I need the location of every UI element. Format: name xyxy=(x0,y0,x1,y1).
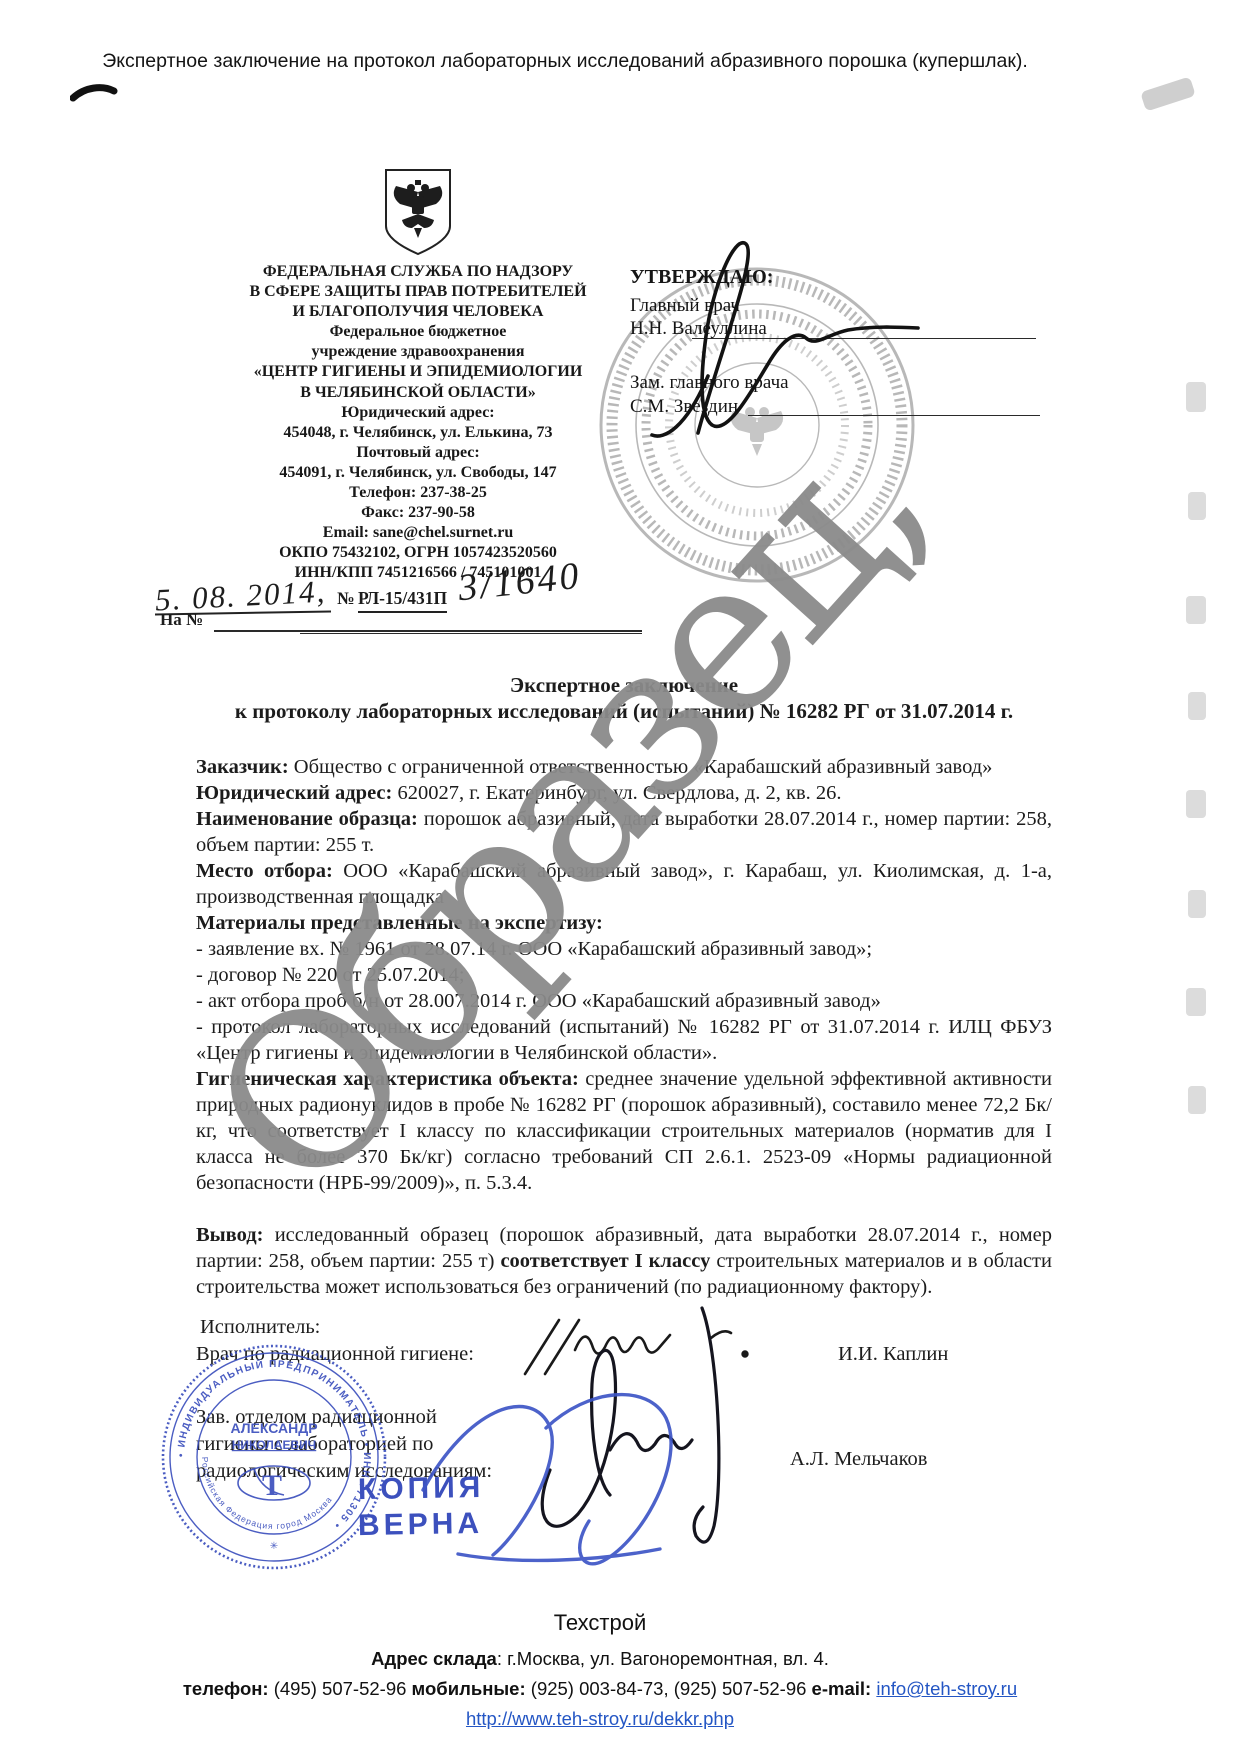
letterhead-line: Почтовый адрес: xyxy=(237,443,599,463)
footer-address-line: Адрес склада: г.Москва, ул. Вагоноремонт… xyxy=(150,1644,1050,1674)
title-line-2: к протоколу лабораторных исследований (и… xyxy=(196,698,1052,724)
paragraph-hygienic-characteristic: Гигиеническая характеристика объекта: ср… xyxy=(196,1066,1052,1196)
letterhead-line: «ЦЕНТР ГИГИЕНЫ И ЭПИДЕМИОЛОГИИ xyxy=(237,362,599,382)
footer-url-link[interactable]: http://www.teh-stroy.ru/dekkr.php xyxy=(466,1708,734,1729)
scan-smudge xyxy=(1188,692,1206,720)
number-sign: № xyxy=(337,588,355,609)
scan-smudge xyxy=(1186,988,1206,1016)
scan-smudge xyxy=(1186,790,1206,818)
blue-stamp-star: ✳ xyxy=(270,1541,278,1552)
letterhead-line: 454048, г. Челябинск, ул. Елькина, 73 xyxy=(237,423,599,443)
footer-mobile-value: (925) 003-84-73, (925) 507-52-96 xyxy=(526,1678,812,1699)
executor-label: Исполнитель: xyxy=(200,1316,320,1339)
coat-of-arms-eagle-icon xyxy=(378,166,458,258)
letterhead-line: 454091, г. Челябинск, ул. Свободы, 147 xyxy=(237,463,599,483)
footer-email-link[interactable]: info@teh-stroy.ru xyxy=(876,1678,1017,1699)
title-line-1: Экспертное заключение xyxy=(196,672,1052,698)
footer-phone-label: телефон: xyxy=(183,1678,269,1699)
na-no-underline-2 xyxy=(300,633,642,634)
signature-copy-blue xyxy=(398,1368,728,1568)
page-title: Экспертное заключение на протокол лабора… xyxy=(70,50,1060,73)
signature-valeullina xyxy=(580,228,960,446)
footer-company-name: Техстрой xyxy=(150,1608,1050,1638)
paragraph-material-item: - заявление вх. № 1961 от 28.07.14 г. ОО… xyxy=(196,936,1052,962)
paragraph-material-item: - протокол лабораторных исследований (ис… xyxy=(196,1014,1052,1066)
scan-smudge xyxy=(1140,76,1196,111)
na-no-label: На № xyxy=(160,610,203,630)
scan-smudge xyxy=(1188,890,1206,918)
letterhead-line: Факс: 237-90-58 xyxy=(237,503,599,523)
document-title: Экспертное заключение к протоколу лабора… xyxy=(196,672,1052,724)
footer-mobile-label: мобильные: xyxy=(412,1678,526,1699)
letterhead-line: Email: sane@chel.surnet.ru xyxy=(237,523,599,543)
letterhead-line: ФЕДЕРАЛЬНАЯ СЛУЖБА ПО НАДЗОРУ xyxy=(237,262,599,282)
paragraph-legal-address: Юридический адрес: 620027, г. Екатеринбу… xyxy=(196,780,1052,806)
handwritten-dash-mark xyxy=(70,82,118,104)
scan-smudge xyxy=(1186,382,1206,412)
round-stamp-blue-entrepreneur: • ИНДИВИДУАЛЬНЫЙ ПРЕДПРИНИМАТЕЛЬ • ИНН 7… xyxy=(158,1341,390,1573)
letterhead-line: Юридический адрес: xyxy=(237,403,599,423)
blue-stamp-name-line-2: НИКОЛАЕВИЧ xyxy=(232,1438,316,1452)
footer-url-line: http://www.teh-stroy.ru/dekkr.php xyxy=(150,1704,1050,1734)
document-body: Экспертное заключение к протоколу лабора… xyxy=(196,672,1052,1300)
paragraph-sample-name: Наименование образца: порошок абразивный… xyxy=(196,806,1052,858)
na-no-underline xyxy=(214,630,642,632)
footer: Техстрой Адрес склада: г.Москва, ул. Ваг… xyxy=(150,1608,1050,1734)
paragraph-material-item: - акт отбора проб б/н от 28.007.2014 г. … xyxy=(196,988,1052,1014)
footer-contacts-line: телефон: (495) 507-52-96 мобильные: (925… xyxy=(150,1674,1050,1704)
executor-name-2: А.Л. Мельчаков xyxy=(790,1448,927,1471)
letterhead-line: Федеральное бюджетное xyxy=(237,322,599,342)
letterhead-line: И БЛАГОПОЛУЧИЯ ЧЕЛОВЕКА xyxy=(237,302,599,322)
scan-smudge xyxy=(1186,596,1206,624)
blue-stamp-logo-letter: Т xyxy=(262,1469,282,1502)
scanned-document-page: Экспертное заключение на протокол лабора… xyxy=(0,0,1240,1755)
blue-stamp-name-line-1: АЛЕКСАНДР xyxy=(230,1420,317,1436)
footer-address-value: : г.Москва, ул. Вагоноремонтная, вл. 4. xyxy=(497,1648,829,1669)
letterhead-line: учреждение здравоохранения xyxy=(237,342,599,362)
paragraph-material-item: - договор № 220 от 25.07.2014; xyxy=(196,962,1052,988)
scan-smudge xyxy=(1188,1086,1206,1114)
paragraph-materials-header: Материалы представленные на экспертизу: xyxy=(196,910,1052,936)
footer-address-label: Адрес склада xyxy=(371,1648,497,1669)
paragraph-sampling-place: Место отбора: ООО «Карабашский абразивны… xyxy=(196,858,1052,910)
scan-smudge xyxy=(1188,492,1206,520)
executor-name-1: И.И. Каплин xyxy=(838,1343,948,1366)
paragraph-customer: Заказчик: Общество с ограниченной ответс… xyxy=(196,754,1052,780)
letterhead-line: Телефон: 237-38-25 xyxy=(237,483,599,503)
letterhead-line: В ЧЕЛЯБИНСКОЙ ОБЛАСТИ» xyxy=(237,383,599,403)
footer-phone-value: (495) 507-52-96 xyxy=(269,1678,412,1699)
typed-doc-number: РЛ-15/431П xyxy=(358,588,447,613)
footer-email-label: e-mail: xyxy=(812,1678,872,1699)
letterhead: ФЕДЕРАЛЬНАЯ СЛУЖБА ПО НАДЗОРУ В СФЕРЕ ЗА… xyxy=(237,262,599,584)
letterhead-line: В СФЕРЕ ЗАЩИТЫ ПРАВ ПОТРЕБИТЕЛЕЙ xyxy=(237,282,599,302)
